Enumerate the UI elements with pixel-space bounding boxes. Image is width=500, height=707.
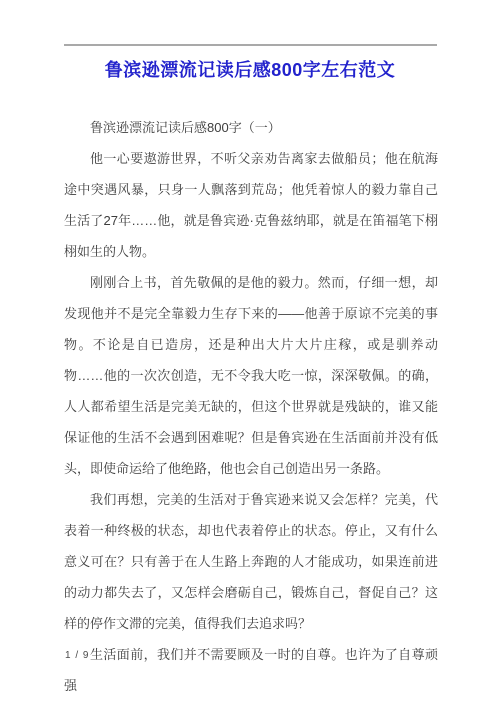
essay-paragraph: 我们再想，完美的生活对于鲁宾逊来说又会怎样？完美，代表着一种终极的状态，却也代表… [64,484,438,639]
essay-paragraph: 他一心要遨游世界，不听父亲劝告离家去做船员；他在航海途中突遇风暴，只身一人飘落到… [64,143,438,267]
page-title: 鲁滨逊漂流记读后感800字左右范文 [0,56,500,84]
essay-paragraph: 刚刚合上书，首先敬佩的是他的毅力。然而，仔细一想，却发现他并不是完全靠毅力生存下… [64,267,438,484]
page-number: 1 / 9 [65,650,89,661]
document-page: 鲁滨逊漂流记读后感800字左右范文 鲁滨逊漂流记读后感800字（一） 他一心要遨… [0,0,500,707]
essay-body: 鲁滨逊漂流记读后感800字（一） 他一心要遨游世界，不听父亲劝告离家去做船员；他… [64,112,438,701]
essay-subtitle: 鲁滨逊漂流记读后感800字（一） [64,112,438,143]
top-divider [64,44,437,46]
essay-paragraph: 生活面前，我们并不需要顾及一时的自尊。也许为了自尊顽强 [64,639,438,701]
